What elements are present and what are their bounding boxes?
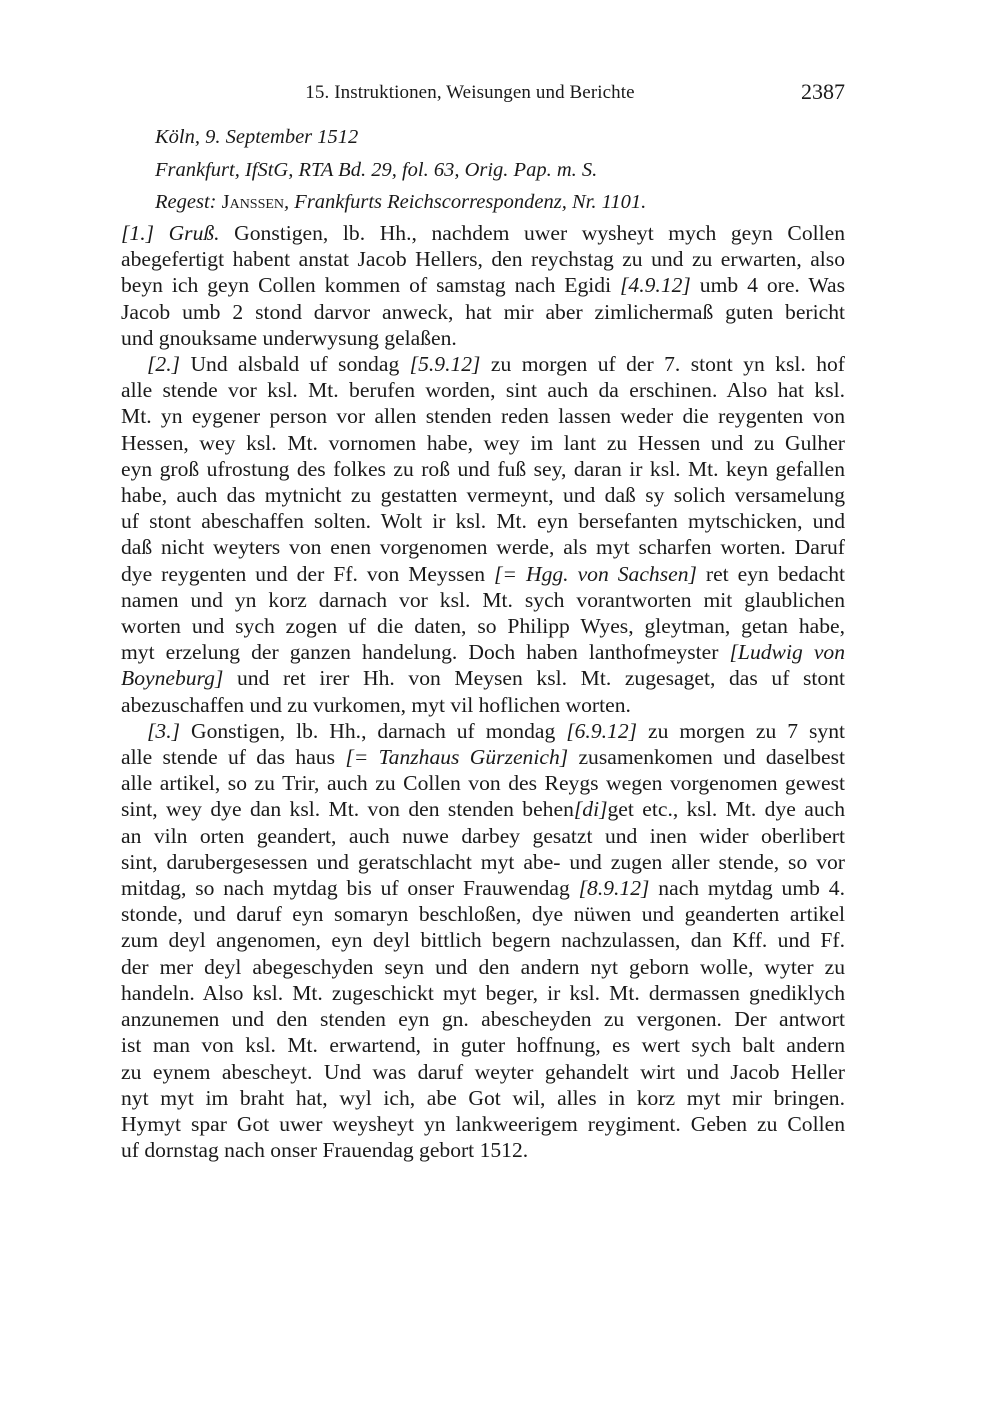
text-line: Hymyt spar Got uwer weysheyt yn lankweer… xyxy=(95,1111,845,1137)
regest-title: , Frankfurts Reichscorrespondenz, Nr. 11… xyxy=(284,191,646,213)
editorial-note: [2.] xyxy=(147,352,180,376)
text-line: Boyneburg] und ret irer Hh. von Meysen k… xyxy=(95,665,845,691)
text-run: ist man von ksl. Mt. erwartend, in guter… xyxy=(121,1033,845,1057)
text-run: abegefertigt habent anstat Jacob Hellers… xyxy=(121,247,845,271)
paragraph: [1.] Gruß. Gonstigen, lb. Hh., nachdem u… xyxy=(95,220,845,351)
text-line: habe, auch das mytnicht zu gestatten ver… xyxy=(95,482,845,508)
regest-label: Regest: xyxy=(155,191,216,213)
paragraph: [2.] Und alsbald uf sondag [5.9.12] zu m… xyxy=(95,351,845,718)
text-run: uf stont abeschaffen solten. Wolt ir ksl… xyxy=(121,509,845,533)
editorial-note: [6.9.12] xyxy=(566,719,637,743)
text-run: eyn groß ufrostung des folkes zu roß und… xyxy=(121,457,845,481)
text-run: dye reygenten und der Ff. von Meyssen xyxy=(121,562,494,586)
text-run: habe, auch das mytnicht zu gestatten ver… xyxy=(121,483,845,507)
text-line: namen und yn korz darnach vor ksl. Mt. s… xyxy=(95,587,845,613)
text-line: alle artikel, so zu Trir, auch zu Collen… xyxy=(95,770,845,796)
text-run: und gnouksame underwysung gelaßen. xyxy=(121,326,457,350)
editorial-note: [di] xyxy=(574,797,608,821)
text-run: worten und sych zogen uf die daten, so P… xyxy=(121,614,845,638)
text-line: der mer deyl abegeschyden seyn und den a… xyxy=(95,954,845,980)
text-line: beyn ich geyn Collen kommen of samstag n… xyxy=(95,272,845,298)
text-run: Gonstigen, lb. Hh., nachdem uwer wysheyt… xyxy=(220,221,845,245)
text-line: mitdag, so nach mytdag bis uf onser Frau… xyxy=(95,875,845,901)
regest-author: Janssen xyxy=(222,191,284,213)
text-line: zu eynem abescheyt. Und was daruf weyter… xyxy=(95,1059,845,1085)
text-run: ret eyn bedacht xyxy=(697,562,845,586)
editorial-note: [8.9.12] xyxy=(579,876,650,900)
text-run: beyn ich geyn Collen kommen of samstag n… xyxy=(121,273,620,297)
text-line: Hessen, wey ksl. Mt. vornomen habe, wey … xyxy=(95,430,845,456)
editorial-note: [Ludwig von xyxy=(730,640,845,664)
text-run: namen und yn korz darnach vor ksl. Mt. s… xyxy=(121,588,845,612)
text-run: und ret irer Hh. von Meysen ksl. Mt. zug… xyxy=(223,666,845,690)
text-line: handeln. Also ksl. Mt. zugeschickt myt b… xyxy=(95,980,845,1006)
text-run: mitdag, so nach mytdag bis uf onser Frau… xyxy=(121,876,579,900)
text-line: eyn groß ufrostung des folkes zu roß und… xyxy=(95,456,845,482)
text-run: Und alsbald uf sondag xyxy=(180,352,410,376)
text-line: daß nicht weyters von enen vorgenomen we… xyxy=(95,534,845,560)
text-run: nyt myt im braht hat, wyl ich, abe Got w… xyxy=(121,1086,845,1110)
regest-reference: Regest: Janssen, Frankfurts Reichscorres… xyxy=(155,186,845,219)
text-line: alle stende uf das haus [= Tanzhaus Gürz… xyxy=(95,744,845,770)
running-title: 15. Instruktionen, Weisungen und Bericht… xyxy=(95,82,845,104)
editorial-note: [3.] xyxy=(147,719,180,743)
text-run: anzunemen und den stenden eyn gn. abesch… xyxy=(121,1007,845,1031)
text-line: uf dornstag nach onser Frauendag gebort … xyxy=(95,1137,845,1163)
text-run: abezuschaffen und zu vurkomen, myt vil h… xyxy=(121,693,631,717)
text-run: der mer deyl abegeschyden seyn und den a… xyxy=(121,955,845,979)
editorial-note: [= Hgg. von Sachsen] xyxy=(494,562,697,586)
text-line: sint, darubergesessen und geratschlacht … xyxy=(95,849,845,875)
text-line: sint, wey dye dan ksl. Mt. von den stend… xyxy=(95,796,845,822)
text-run: umb 4 ore. Was xyxy=(691,273,845,297)
text-line: ist man von ksl. Mt. erwartend, in guter… xyxy=(95,1032,845,1058)
text-run: Hymyt spar Got uwer weysheyt yn lankweer… xyxy=(121,1112,845,1136)
text-run: Mt. yn eygener person vor allen stenden … xyxy=(121,404,845,428)
text-line: myt erzelung der ganzen handelung. Doch … xyxy=(95,639,845,665)
text-line: dye reygenten und der Ff. von Meyssen [=… xyxy=(95,561,845,587)
text-run: daß nicht weyters von enen vorgenomen we… xyxy=(121,535,845,559)
source-block: Köln, 9. September 1512 Frankfurt, IfStG… xyxy=(155,121,845,219)
editorial-note: [= Tanzhaus Gürzenich] xyxy=(345,745,568,769)
text-run: Hessen, wey ksl. Mt. vornomen habe, wey … xyxy=(121,431,845,455)
text-run: zusamenkomen und daselbest xyxy=(568,745,845,769)
running-header: 15. Instruktionen, Weisungen und Bericht… xyxy=(95,80,845,108)
text-run: nach mytdag umb 4. xyxy=(649,876,845,900)
text-line: und gnouksame underwysung gelaßen. xyxy=(95,325,845,351)
text-run: stonde, und daruf eyn somaryn beschloßen… xyxy=(121,902,845,926)
text-line: nyt myt im braht hat, wyl ich, abe Got w… xyxy=(95,1085,845,1111)
text-line: Mt. yn eygener person vor allen stenden … xyxy=(95,403,845,429)
document-body: [1.] Gruß. Gonstigen, lb. Hh., nachdem u… xyxy=(95,220,845,1163)
archive-reference: Frankfurt, IfStG, RTA Bd. 29, fol. 63, O… xyxy=(155,154,845,187)
text-line: [3.] Gonstigen, lb. Hh., darnach uf mond… xyxy=(95,718,845,744)
text-run: get etc., ksl. Mt. dye auch xyxy=(607,797,845,821)
editorial-note: [4.9.12] xyxy=(620,273,691,297)
text-line: alle stende vor ksl. Mt. berufen worden,… xyxy=(95,377,845,403)
page-number: 2387 xyxy=(801,79,845,105)
text-run: sint, darubergesessen und geratschlacht … xyxy=(121,850,845,874)
text-line: Jacob umb 2 stond darvor anweck, hat mir… xyxy=(95,299,845,325)
text-run: zu morgen zu 7 synt xyxy=(637,719,845,743)
text-run: alle stende vor ksl. Mt. berufen worden,… xyxy=(121,378,845,402)
text-line: worten und sych zogen uf die daten, so P… xyxy=(95,613,845,639)
text-line: [2.] Und alsbald uf sondag [5.9.12] zu m… xyxy=(95,351,845,377)
place-date: Köln, 9. September 1512 xyxy=(155,121,845,154)
editorial-note: Boyneburg] xyxy=(121,666,223,690)
paragraph: [3.] Gonstigen, lb. Hh., darnach uf mond… xyxy=(95,718,845,1163)
text-line: zum deyl angenomen, eyn deyl bittlich be… xyxy=(95,927,845,953)
editorial-note: [1.] Gruß. xyxy=(121,221,220,245)
text-line: stonde, und daruf eyn somaryn beschloßen… xyxy=(95,901,845,927)
editorial-note: [5.9.12] xyxy=(410,352,481,376)
text-run: zum deyl angenomen, eyn deyl bittlich be… xyxy=(121,928,845,952)
text-line: [1.] Gruß. Gonstigen, lb. Hh., nachdem u… xyxy=(95,220,845,246)
text-run: Gonstigen, lb. Hh., darnach uf mondag xyxy=(180,719,566,743)
text-run: myt erzelung der ganzen handelung. Doch … xyxy=(121,640,730,664)
text-run: alle artikel, so zu Trir, auch zu Collen… xyxy=(121,771,845,795)
text-run: alle stende uf das haus xyxy=(121,745,345,769)
text-line: uf stont abeschaffen solten. Wolt ir ksl… xyxy=(95,508,845,534)
text-run: an viln orten geandert, auch nuwe darbey… xyxy=(121,824,845,848)
text-line: an viln orten geandert, auch nuwe darbey… xyxy=(95,823,845,849)
text-run: uf dornstag nach onser Frauendag gebort … xyxy=(121,1138,528,1162)
text-run: zu morgen uf der 7. stont yn ksl. hof xyxy=(480,352,845,376)
text-run: handeln. Also ksl. Mt. zugeschickt myt b… xyxy=(121,981,845,1005)
text-line: abegefertigt habent anstat Jacob Hellers… xyxy=(95,246,845,272)
text-run: sint, wey dye dan ksl. Mt. von den stend… xyxy=(121,797,574,821)
text-run: Jacob umb 2 stond darvor anweck, hat mir… xyxy=(121,300,845,324)
text-line: abezuschaffen und zu vurkomen, myt vil h… xyxy=(95,692,845,718)
text-run: zu eynem abescheyt. Und was daruf weyter… xyxy=(121,1060,845,1084)
text-line: anzunemen und den stenden eyn gn. abesch… xyxy=(95,1006,845,1032)
